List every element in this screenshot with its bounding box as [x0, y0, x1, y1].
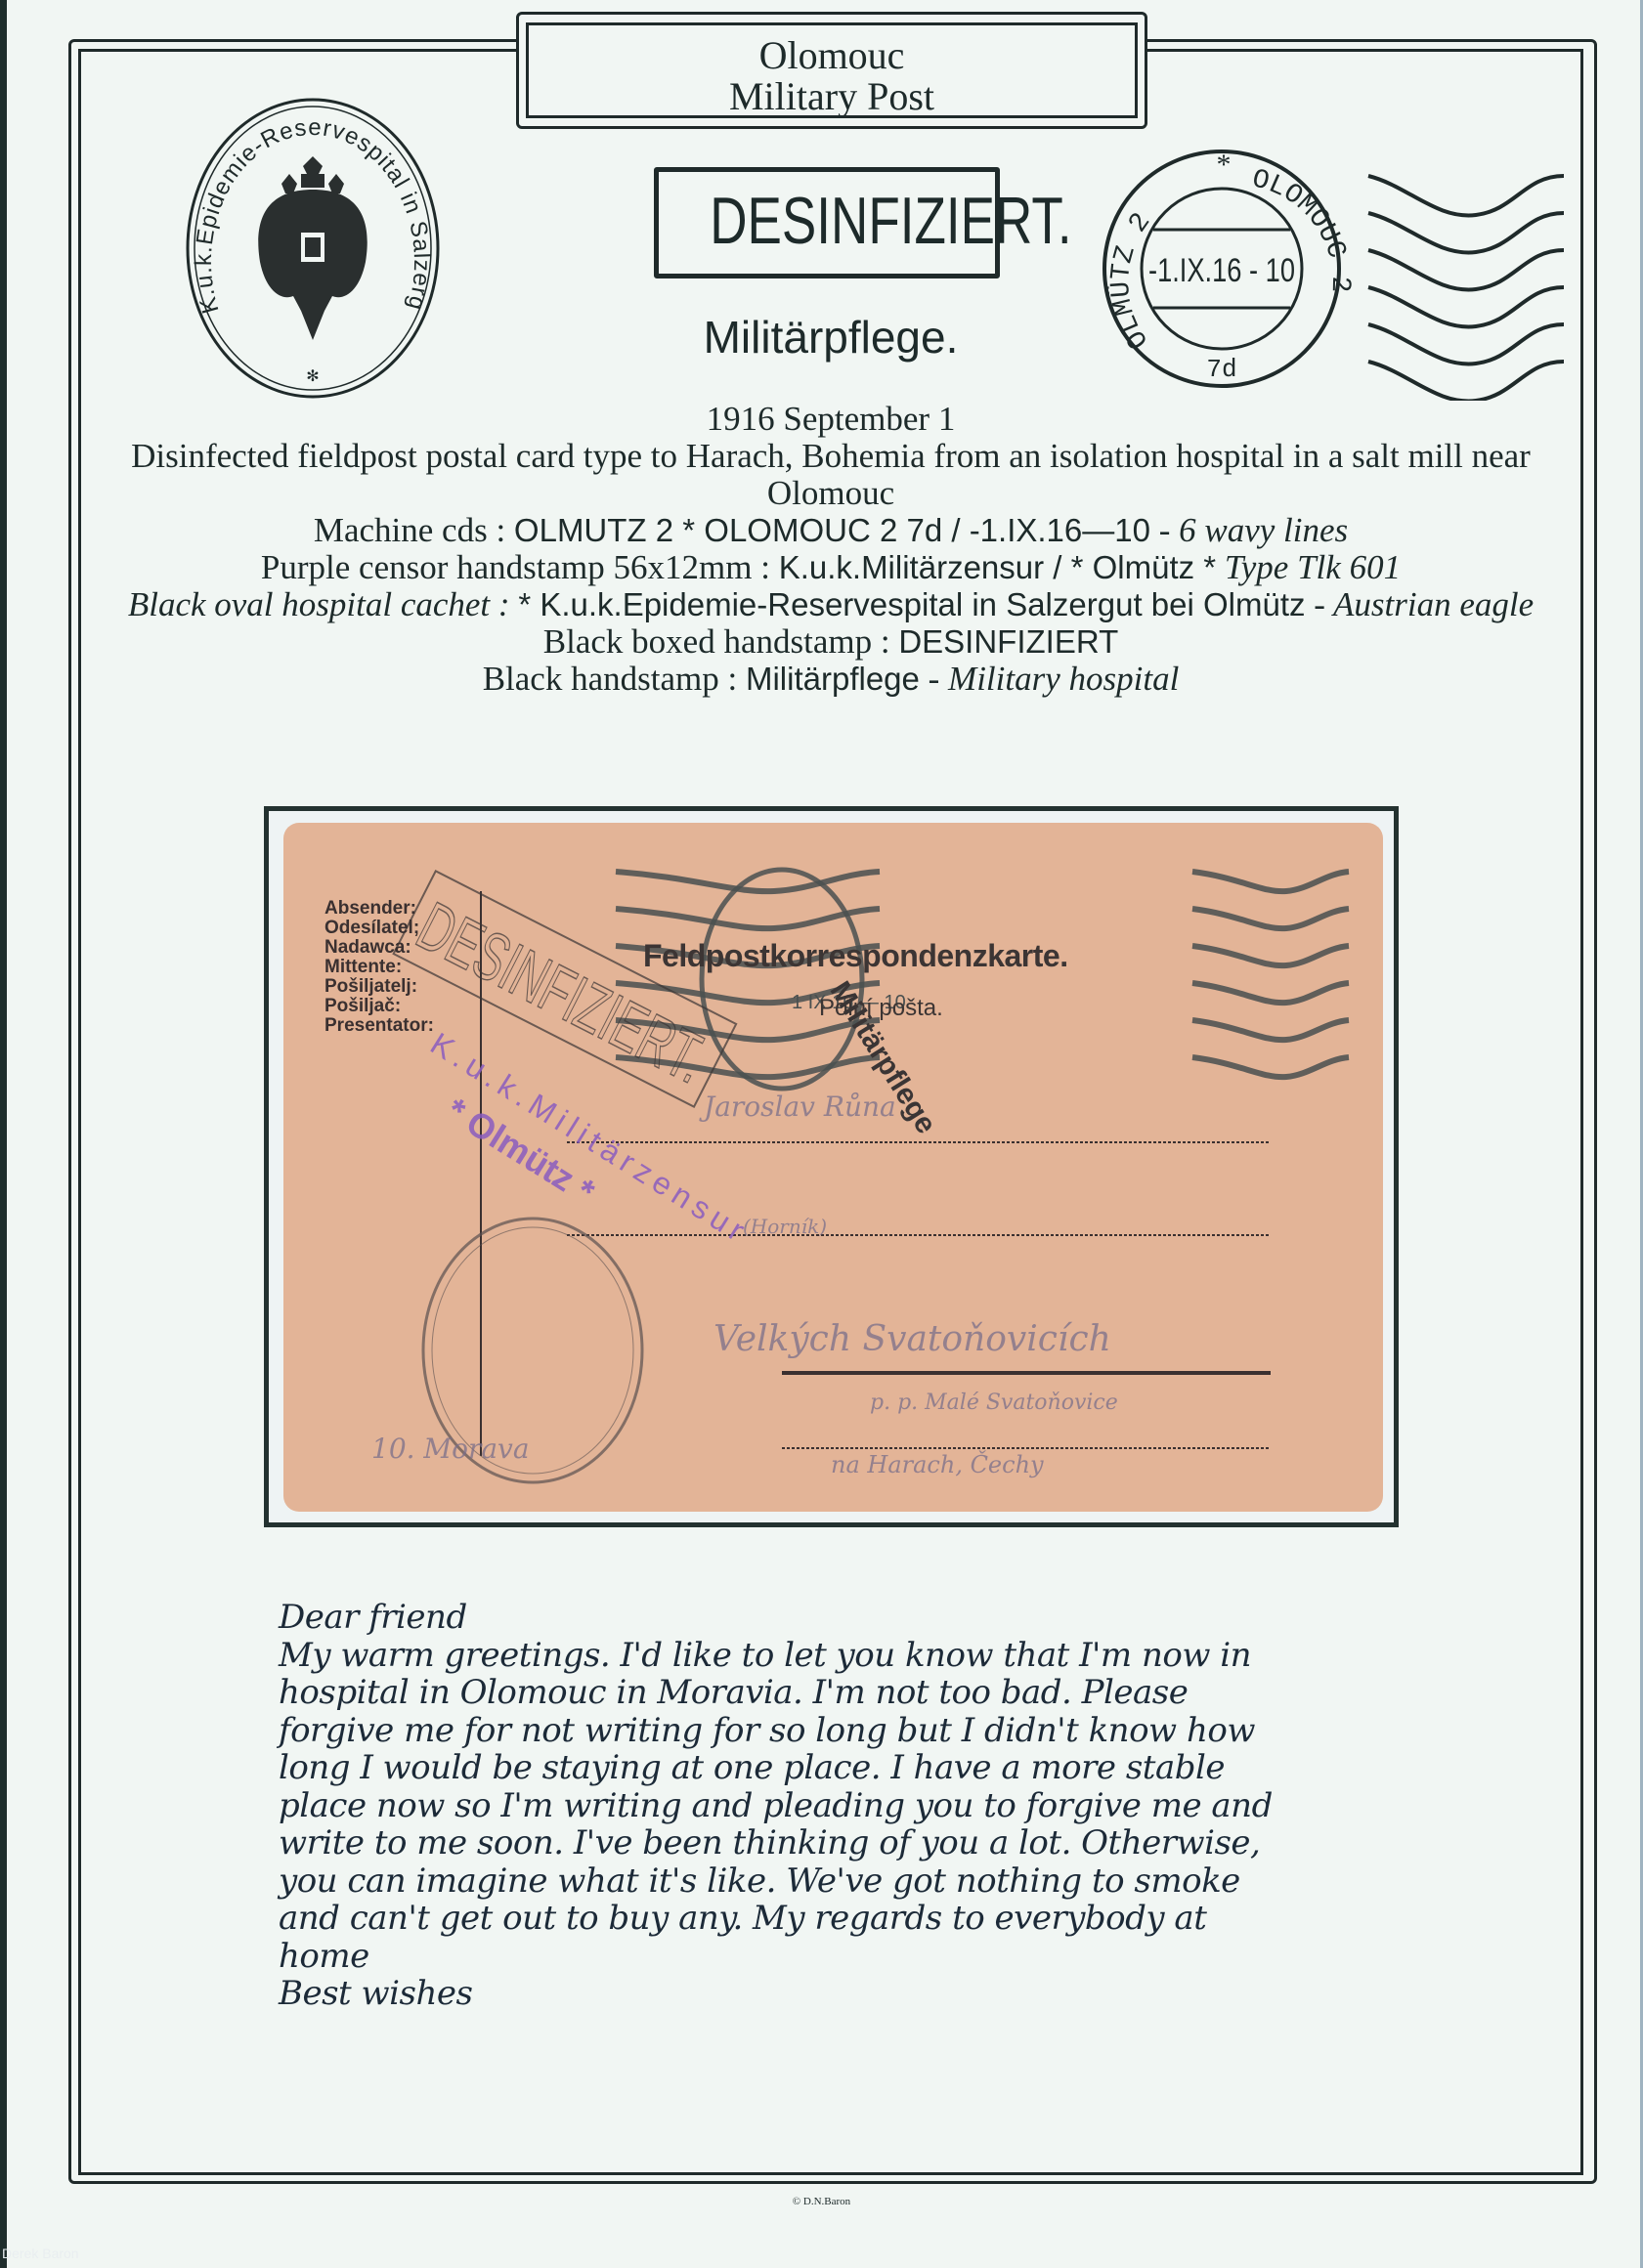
page-title: Olomouc [529, 35, 1135, 76]
sender-label: Odesílatel; [324, 919, 434, 938]
watermark: Derek Baron [2, 2246, 79, 2261]
svg-text:-1.IX.16 - 10: -1.IX.16 - 10 [1148, 252, 1295, 289]
letter-line: home [279, 1938, 1451, 1976]
svg-text:✻: ✻ [306, 368, 319, 385]
letter-line: you can imagine what it's like. We've go… [279, 1862, 1451, 1901]
postcard-image: 1 IX 16 — 10 DESINFIZIERT. Militärpflege… [283, 823, 1383, 1512]
letter-translation: Dear friendMy warm greetings. I'd like t… [279, 1599, 1451, 2013]
svg-text:10. Morava: 10. Morava [371, 1433, 530, 1465]
machine-cds-illustration: OLMÜTZ 2 OLOMOUC 2 * -1.IX.16 - 10 7d [1095, 147, 1583, 401]
boxed-handstamp-illustration: DESINFIZIERT. [654, 167, 1000, 278]
page-subtitle: Military Post [529, 76, 1135, 117]
item-date: 1916 September 1 [108, 401, 1554, 438]
sender-label: Presentator: [324, 1016, 434, 1036]
item-summary: Disinfected fieldpost postal card type t… [108, 438, 1554, 512]
postcard-markings: 1 IX 16 — 10 DESINFIZIERT. Militärpflege… [283, 823, 1383, 1512]
letter-line: Dear friend [279, 1599, 1451, 1637]
letter-line: and can't get out to buy any. My regards… [279, 1900, 1451, 1938]
svg-text:*: * [1217, 149, 1232, 181]
svg-text:(Horník): (Horník) [743, 1215, 827, 1238]
letter-line: long I would be staying at one place. I … [279, 1749, 1451, 1787]
letter-line: My warm greetings. I'd like to let you k… [279, 1637, 1451, 1675]
svg-text:Velkých Svatoňovicích: Velkých Svatoňovicích [713, 1319, 1111, 1359]
description-line: Machine cds : OLMUTZ 2 * OLOMOUC 2 7d / … [108, 512, 1554, 549]
austrian-eagle-icon [258, 156, 367, 340]
letter-line: hospital in Olomouc in Moravia. I'm not … [279, 1674, 1451, 1712]
description-line: Black oval hospital cachet : * K.u.k.Epi… [108, 586, 1554, 623]
handstamp-militarpflege-illustration: Militärpflege. [626, 311, 1036, 364]
letter-line: forgive me for not writing for so long b… [279, 1712, 1451, 1750]
svg-text:na Harach, Čechy: na Harach, Čechy [831, 1450, 1044, 1478]
sender-label: Mittente: [324, 958, 434, 977]
sender-label: Absender: [324, 899, 434, 919]
description-line: Black handstamp : Militärpflege - Milita… [108, 661, 1554, 698]
letter-line: place now so I'm writing and pleading yo… [279, 1787, 1451, 1825]
sender-label: Pošiljač: [324, 997, 434, 1016]
card-subtitle: Polní pošta. [819, 995, 943, 1022]
description-line: Purple censor handstamp 56x12mm : K.u.k.… [108, 549, 1554, 586]
scan-edge [0, 0, 7, 2268]
description-line: Black boxed handstamp : DESINFIZIERT [108, 623, 1554, 661]
title-box: Olomouc Military Post [516, 12, 1147, 129]
svg-text:p. p. Malé Svatoňovice: p. p. Malé Svatoňovice [870, 1391, 1118, 1415]
svg-text:7d: 7d [1206, 355, 1236, 384]
sender-labels: Absender:Odesílatel;Nadawca:Mittente:Poš… [324, 899, 434, 1036]
svg-text:Jaroslav Růna: Jaroslav Růna [699, 1091, 896, 1123]
letter-line: write to me soon. I've been thinking of … [279, 1824, 1451, 1862]
letter-line: Best wishes [279, 1975, 1451, 2013]
description-block: 1916 September 1 Disinfected fieldpost p… [108, 401, 1554, 698]
card-title: Feldpostkorrespondenzkarte. [643, 938, 1068, 974]
copyright: © D.N.Baron [0, 2196, 1643, 2207]
sender-label: Nadawca: [324, 938, 434, 958]
sender-label: Pošiljatelj: [324, 977, 434, 997]
oval-hospital-cachet: K.u.k.Epidemie-Reservespital in Salzergu… [184, 96, 442, 401]
